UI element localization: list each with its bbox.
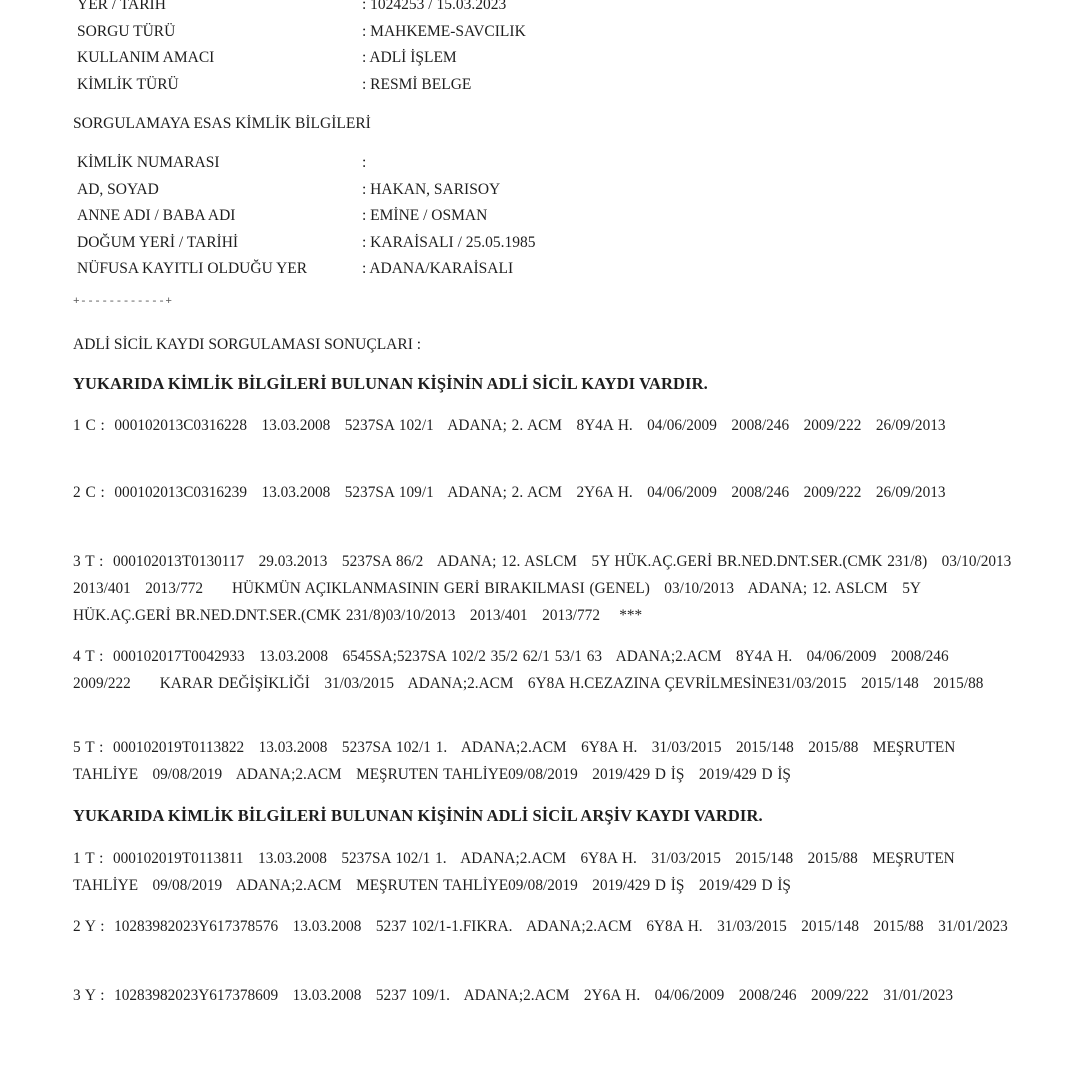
field-row-usage-purpose: KULLANIM AMACI : ADLİ İŞLEM [77, 45, 526, 72]
field-value: : 1024253 / 15.03.2023 [362, 0, 506, 19]
field-label: KİMLİK TÜRÜ [77, 72, 362, 99]
field-value: : KARAİSALI / 25.05.1985 [362, 230, 536, 257]
field-row-query-type: SORGU TÜRÜ : MAHKEME-SAVCILIK [77, 19, 526, 46]
field-label: DOĞUM YERİ / TARİHİ [77, 230, 362, 257]
record-entry: 1 C : 000102013C0316228 13.03.2008 5237S… [73, 412, 1018, 439]
field-label: YER / TARİH [77, 0, 362, 19]
archive-entry: 2 Y : 10283982023Y617378576 13.03.2008 5… [73, 913, 1018, 940]
field-label: KİMLİK NUMARASI [77, 150, 362, 177]
field-value: : HAKAN, SARISOY [362, 177, 500, 204]
field-row-parents: ANNE ADI / BABA ADI : EMİNE / OSMAN [77, 203, 536, 230]
archive-entry: 3 Y : 10283982023Y617378609 13.03.2008 5… [73, 982, 1018, 1009]
criminal-record-document: YER / TARİH : 1024253 / 15.03.2023 SORGU… [0, 0, 1080, 1080]
field-row-birth: DOĞUM YERİ / TARİHİ : KARAİSALI / 25.05.… [77, 230, 536, 257]
divider-line: +------------+ [73, 296, 172, 308]
results-title: ADLİ SİCİL KAYDI SORGULAMASI SONUÇLARI : [73, 336, 421, 354]
archive-record-heading: YUKARIDA KİMLİK BİLGİLERİ BULUNAN KİŞİNİ… [73, 806, 763, 826]
field-label: AD, SOYAD [77, 177, 362, 204]
field-value: : [362, 150, 476, 177]
identity-info-table: KİMLİK NUMARASI : AD, SOYAD : HAKAN, SAR… [77, 150, 536, 283]
redacted-id-number [366, 158, 476, 168]
field-value: : ADLİ İŞLEM [362, 45, 457, 72]
criminal-record-heading: YUKARIDA KİMLİK BİLGİLERİ BULUNAN KİŞİNİ… [73, 374, 708, 394]
identity-section-title: SORGULAMAYA ESAS KİMLİK BİLGİLERİ [73, 115, 371, 133]
field-label: ANNE ADI / BABA ADI [77, 203, 362, 230]
field-value: : EMİNE / OSMAN [362, 203, 487, 230]
field-row-id-number: KİMLİK NUMARASI : [77, 150, 536, 177]
field-row-location-date: YER / TARİH : 1024253 / 15.03.2023 [77, 0, 526, 19]
field-value: : MAHKEME-SAVCILIK [362, 19, 526, 46]
archive-entry: 1 T : 000102019T0113811 13.03.2008 5237S… [73, 845, 1018, 899]
field-row-name: AD, SOYAD : HAKAN, SARISOY [77, 177, 536, 204]
field-row-id-type: KİMLİK TÜRÜ : RESMİ BELGE [77, 72, 526, 99]
field-value: : RESMİ BELGE [362, 72, 471, 99]
record-entry: 2 C : 000102013C0316239 13.03.2008 5237S… [73, 479, 1018, 506]
record-entry: 5 T : 000102019T0113822 13.03.2008 5237S… [73, 734, 1018, 788]
field-label: NÜFUSA KAYITLI OLDUĞU YER [77, 256, 362, 283]
query-info-table: YER / TARİH : 1024253 / 15.03.2023 SORGU… [77, 0, 526, 98]
record-entry: 3 T : 000102013T0130117 29.03.2013 5237S… [73, 548, 1018, 629]
field-label: SORGU TÜRÜ [77, 19, 362, 46]
field-row-registry: NÜFUSA KAYITLI OLDUĞU YER : ADANA/KARAİS… [77, 256, 536, 283]
field-label: KULLANIM AMACI [77, 45, 362, 72]
field-value: : ADANA/KARAİSALI [362, 256, 513, 283]
record-entry: 4 T : 000102017T0042933 13.03.2008 6545S… [73, 643, 1018, 697]
